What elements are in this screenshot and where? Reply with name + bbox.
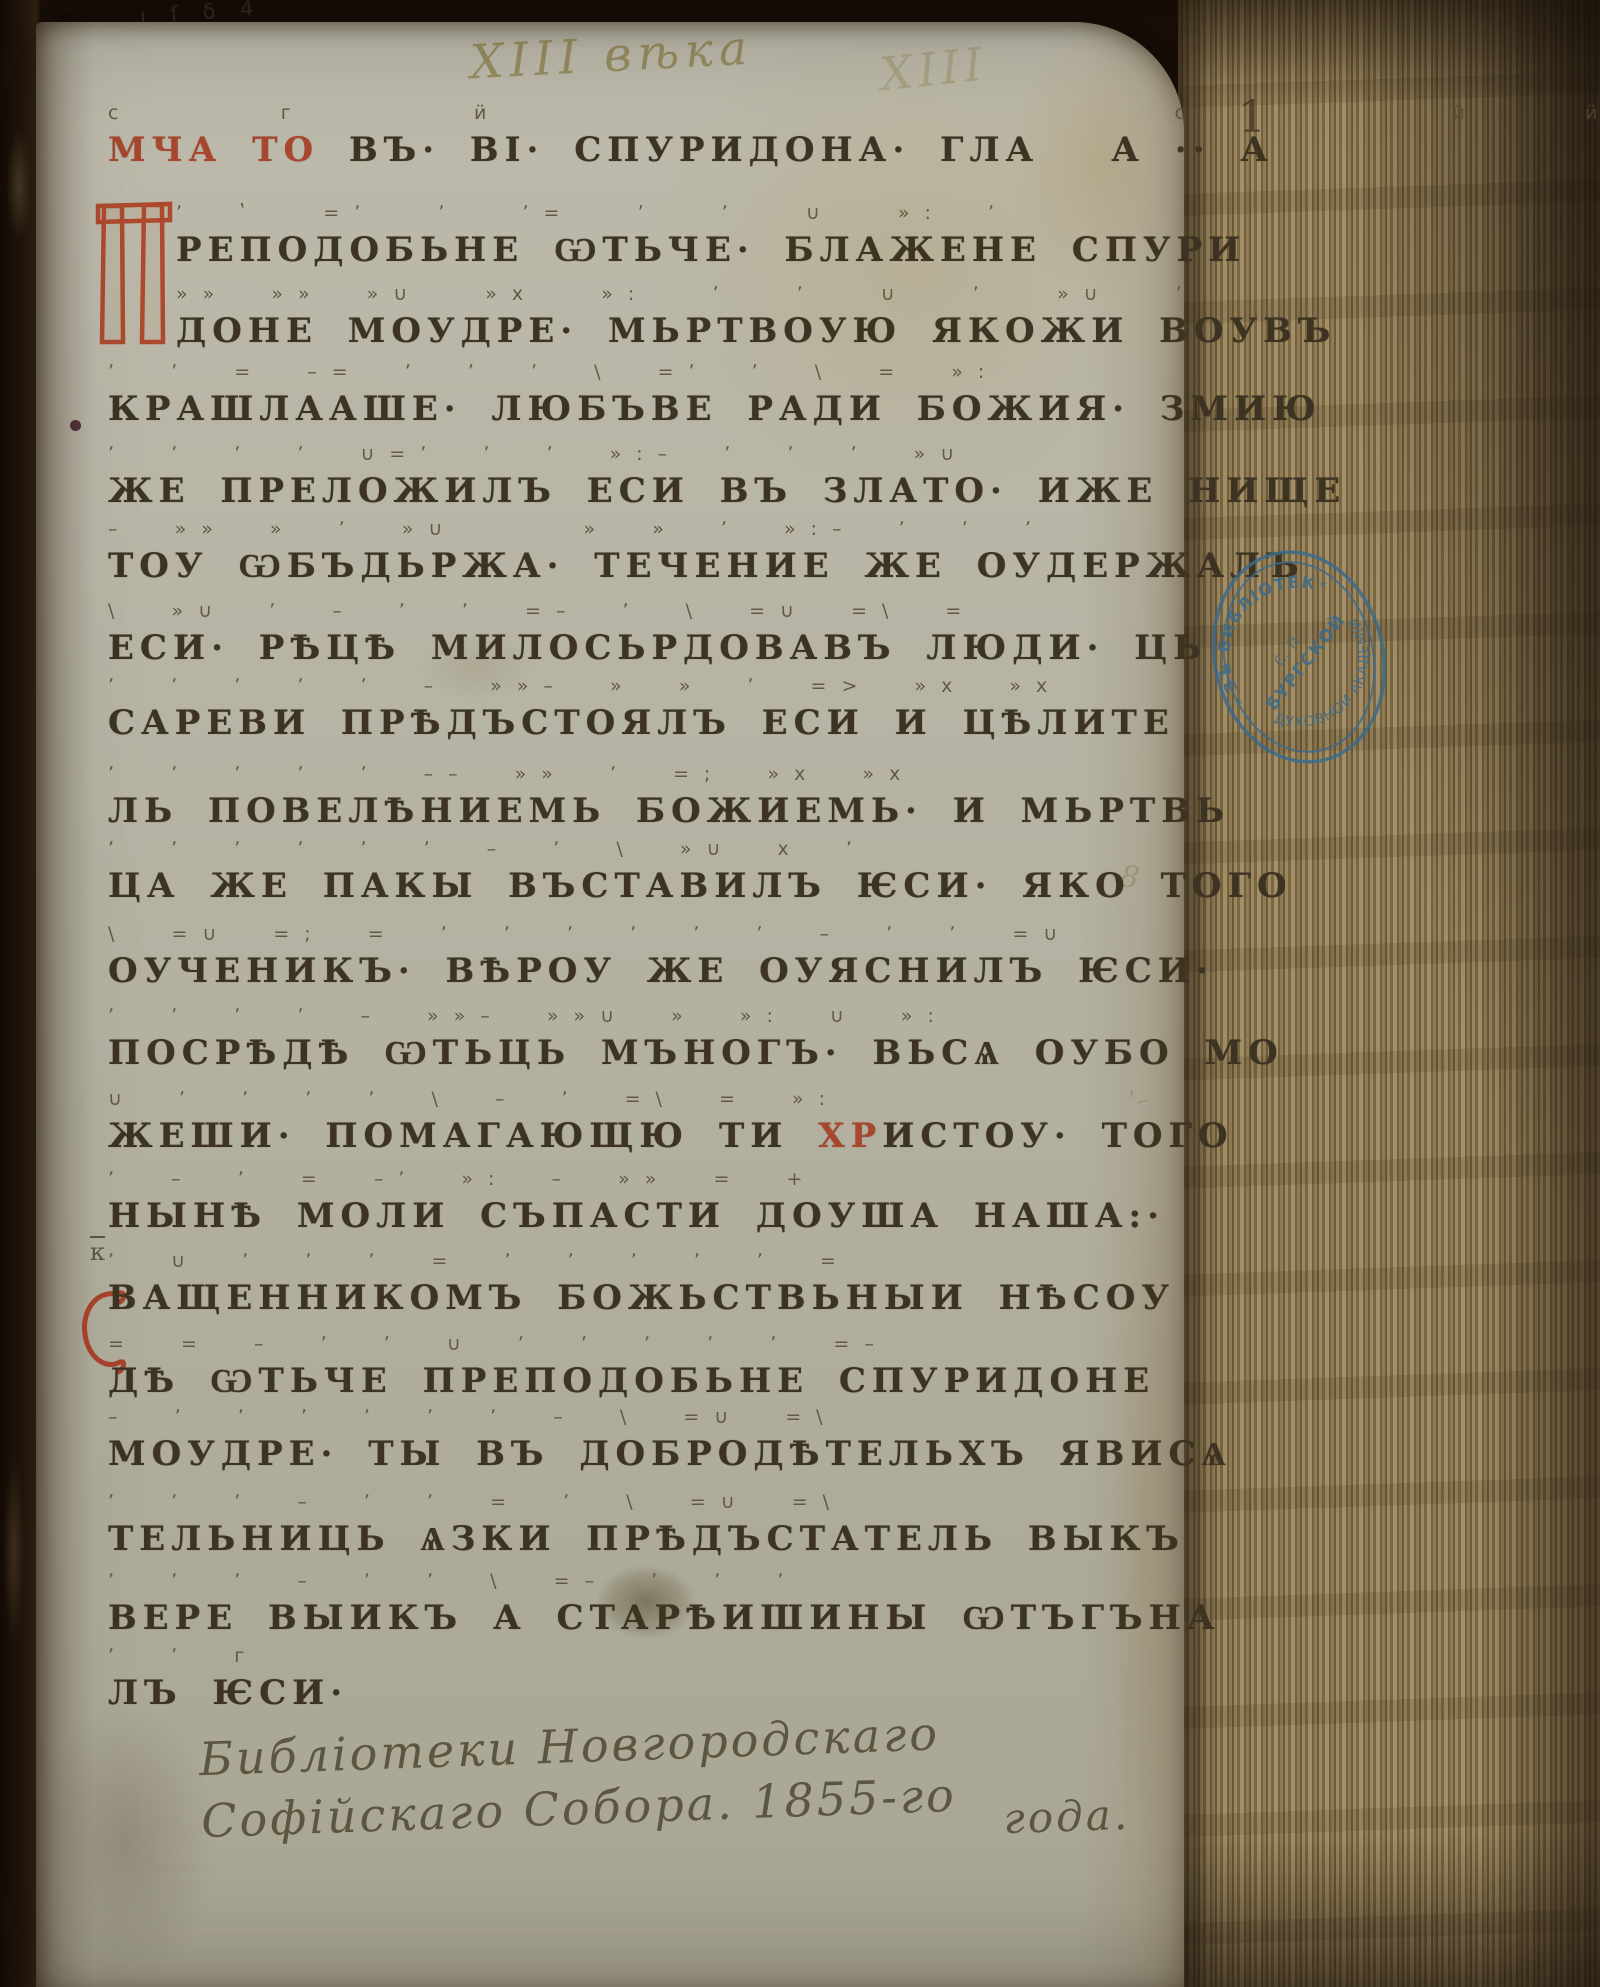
neume-row: »» »» »∪ »x »: ʼ ʼ ∪ ʼ »∪ ʼ <box>176 281 1170 308</box>
century-pencil-note-faint: XIII <box>877 37 989 102</box>
text-line: с г ӥ с ӥ ӥ МЧА ТО ВЪ· ВІ· СПУРИДОНА· ГЛ… <box>108 100 1170 173</box>
text-line: – »» » ʼ »∪ » » ʼ »:– ʼ ʼ ʼ ТОУ ѠБЪДЬРЖА… <box>108 516 1170 589</box>
line-text: КРАШЛААШЕ· ЛЮБЪВЕ РАДИ БОЖИЯ· ЗМИЮ <box>108 389 1322 429</box>
line-text: НЫНѢ МОЛИ СЪПАСТИ ДОУША НАША:· <box>108 1196 1165 1236</box>
inscription-tail: года. <box>1002 1784 1131 1850</box>
line-text: ПОСРѢДѢ ѠТЬЦЬ МЪНОГЪ· ВЬСѦ ОУБО МО <box>108 1033 1284 1073</box>
line-text: ТЕЛЬНИЦЬ ѦЗКИ ПРѢДЪСТАТЕЛЬ ВЫКЪ <box>108 1519 1185 1559</box>
text-line: ∪ ʼ ʼ ʼ ʼ \ – ʼ =\ = »: ЖЕШИ· ПОМАГАЮЩЮ … <box>108 1086 1170 1159</box>
line-text: ВЪ· ВІ· СПУРИДОНА· ГЛА <box>349 130 1039 170</box>
neume-row: = = – ʼ ʼ ∪ ʼ ʼ ʼ ʼ ʼ =– <box>108 1331 1170 1358</box>
line-text: ДОНЕ МОУДРЕ· МЬРТВОУЮ ЯКОЖИ ВОУВЪ <box>176 311 1336 351</box>
spine-highlight <box>0 1420 28 1680</box>
text-line: ʼ ʼ ʼ ʼ ∪=ʼ ʼ ʼ »:– ʼ ʼ ʼ »∪ ЖЕ ПРЕЛОЖИЛ… <box>108 441 1170 514</box>
ornamental-initial-p <box>92 196 174 346</box>
text-line: \ =∪ =; = ʼ ʼ ʼ ʼ ʼ ʼ – ʼ ʼ =∪ ОУЧЕНИКЪ·… <box>108 921 1170 994</box>
line-text: ТОУ ѠБЪДЬРЖА· ТЕЧЕНИЕ ЖЕ ОУДЕРЖАЛЪ <box>108 546 1305 586</box>
text-line: »» »» »∪ »x »: ʼ ʼ ∪ ʼ »∪ ʼ ДОНЕ МОУДРЕ·… <box>176 281 1170 354</box>
rubric-text: ХР <box>818 1116 882 1156</box>
neume-row: с г ӥ с ӥ ӥ <box>108 100 1170 127</box>
margin-bullet <box>70 420 81 431</box>
neume-row: ʼ ʼ = –= ʼ ʼ ʼ \ =ʼ ʼ \ = »: <box>108 359 1170 386</box>
line-text: ЛЬ ПОВЕЛѢНИЕМЬ БОЖИЕМЬ· И МЬРТВЬ <box>108 791 1230 831</box>
library-stamp: ИЗЪ БИБЛІОТЕКИ ДУХОВНОЙ АКАДЕМІИ * * С. … <box>1196 534 1402 780</box>
neume-row: – »» » ʼ »∪ » » ʼ »:– ʼ ʼ ʼ <box>108 516 1170 543</box>
neume-row: ∪ ʼ ʼ ʼ ʼ \ – ʼ =\ = »: <box>108 1086 1170 1113</box>
neume-row: ʼ – ʼ = –ʼ »: – »» = + <box>108 1166 1170 1193</box>
text-line: \ »∪ ʼ – ʼ ʼ =– ʼ \ =∪ =\ = ЕСИ· РѢЦѢ МИ… <box>108 598 1170 671</box>
line-text: САРЕВИ ПРѢДЪСТОЯЛЪ ЕСИ И ЦѢЛИТЕ <box>108 703 1175 743</box>
text-line: ʼ ʼ ʼ ʼ ʼ – »»– » » ʼ => »x »x САРЕВИ ПР… <box>108 673 1170 746</box>
text-line: ʼ ʼ ʼ – ʼ ʼ = ʼ \ =∪ =\ ТЕЛЬНИЦЬ ѦЗКИ ПР… <box>108 1489 1170 1562</box>
line-text: ЕСИ· РѢЦѢ МИЛОСЬРДОВАВЪ ЛЮДИ· ЦЬ <box>108 628 1207 668</box>
line-text: РЕПОДОБЬНЕ ѠТЬЧЕ· БЛАЖЕНЕ СПУРИ <box>176 230 1246 270</box>
spine-highlight <box>2 110 36 260</box>
line-text: ЖЕШИ· ПОМАГАЮЩЮ ТИ <box>108 1116 818 1156</box>
line-text: ЦА ЖЕ ПАКЫ ВЪСТАВИЛЪ ѤСИ· ЯКО ТОГО <box>108 866 1293 906</box>
stamp-star: * <box>1232 694 1251 711</box>
line-text: МОУДРЕ· ТЫ ВЪ ДОБРОДѢТЕЛЬХЪ ЯВИСѦ <box>108 1434 1232 1474</box>
text-line: = = – ʼ ʼ ∪ ʼ ʼ ʼ ʼ ʼ =– ДѢ ѠТЬЧЕ ПРЕПОД… <box>108 1331 1170 1404</box>
neume-row: ʼ ʼ ʼ – ʼ ʼ = ʼ \ =∪ =\ <box>108 1489 1170 1516</box>
text-line: ʼ ∪ ʼ ʼ ʼ = ʼ ʼ ʼ ʼ ʼ = ВАЩЕННИКОМЪ БОЖЬ… <box>108 1248 1170 1321</box>
margin-letter: к <box>90 1238 105 1266</box>
neume-row: ʼ ʼ ʼ ʼ ʼ ʼ – ʼ \ »∪ x ʼ <box>108 836 1170 863</box>
manuscript-photo: ı ſ δ 4 XIII вѣка XIII 1 к 8 ʼ– с г ӥ с <box>0 0 1600 1987</box>
book-spine <box>0 0 40 1987</box>
line-text: ИСТОУ· ТОГО <box>882 1116 1233 1156</box>
text-line: ʼ ʽ =ʼ ʼ ʼ= ʼ ʼ ∪ »: ʼ РЕПОДОБЬНЕ ѠТЬЧЕ·… <box>176 200 1170 273</box>
neume-row: \ »∪ ʼ – ʼ ʼ =– ʼ \ =∪ =\ = <box>108 598 1170 625</box>
gloss-letters: А ·· А <box>1111 130 1274 170</box>
text-line: ʼ ʼ ʼ – ʼ ʼ \ =– ʼ ʼ ʼ ВЕРЕ ВЫИКЪ А СТАР… <box>108 1568 1170 1641</box>
line-text: ДѢ ѠТЬЧЕ ПРЕПОДОБЬНЕ СПУРИДОНЕ <box>108 1361 1155 1401</box>
line-text: ЖЕ ПРЕЛОЖИЛЪ ЕСИ ВЪ ЗЛАТО· ИЖЕ НИЩЕ <box>108 471 1346 511</box>
neume-row: ʼ ʼ ʼ ʼ ʼ – »»– » » ʼ => »x »x <box>108 673 1170 700</box>
neume-row: ʼ ʼ г <box>108 1643 1170 1670</box>
neume-row: ʼ ʼ ʼ ʼ ∪=ʼ ʼ ʼ »:– ʼ ʼ ʼ »∪ <box>108 441 1170 468</box>
line-text: ЛЪ ѤСИ· <box>108 1673 348 1713</box>
text-line: ʼ ʼ ʼ ʼ ʼ –– »» ʼ =; »x »x ЛЬ ПОВЕЛѢНИЕМ… <box>108 761 1170 834</box>
neume-row: ʼ ʼ ʼ ʼ ʼ –– »» ʼ =; »x »x <box>108 761 1170 788</box>
line-text: ВЕРЕ ВЫИКЪ А СТАРѢИШИНЫ ѠТЪГЪНА <box>108 1598 1220 1638</box>
text-line: ʼ – ʼ = –ʼ »: – »» = + НЫНѢ МОЛИ СЪПАСТИ… <box>108 1166 1170 1239</box>
line-text: ОУЧЕНИКЪ· ВѢРОУ ЖЕ ОУЯСНИЛЪ ѤСИ· <box>108 951 1214 991</box>
neume-row: ʼ ʼ ʼ – ʼ ʼ \ =– ʼ ʼ ʼ <box>108 1568 1170 1595</box>
text-line: ʼ ʼ ʼ ʼ – »»– »»∪ » »: ∪ »: ПОСРѢДѢ ѠТЬЦ… <box>108 1003 1170 1076</box>
neume-row: – ʼ ʼ ʼ ʼ ʼ ʼ – \ =∪ =\ <box>108 1404 1170 1431</box>
text-line: – ʼ ʼ ʼ ʼ ʼ ʼ – \ =∪ =\ МОУДРЕ· ТЫ ВЪ ДО… <box>108 1404 1170 1477</box>
neume-row: ʼ ʼ ʼ ʼ – »»– »»∪ » »: ∪ »: <box>108 1003 1170 1030</box>
text-line: ʼ ʼ = –= ʼ ʼ ʼ \ =ʼ ʼ \ = »: КРАШЛААШЕ· … <box>108 359 1170 432</box>
rubric-text: МЧА ТО <box>108 130 349 170</box>
line-text: ВАЩЕННИКОМЪ БОЖЬСТВЬНЫИ НѢСОУ <box>108 1278 1175 1318</box>
neume-row: \ =∪ =; = ʼ ʼ ʼ ʼ ʼ ʼ – ʼ ʼ =∪ <box>108 921 1170 948</box>
text-line: ʼ ʼ ʼ ʼ ʼ ʼ – ʼ \ »∪ x ʼ ЦА ЖЕ ПАКЫ ВЪСТ… <box>108 836 1170 909</box>
book-fore-edge-pages <box>1178 0 1600 1987</box>
stamp-star: * <box>1316 577 1335 594</box>
neume-row: ʼ ∪ ʼ ʼ ʼ = ʼ ʼ ʼ ʼ ʼ = <box>108 1248 1170 1275</box>
neume-row: ʼ ʽ =ʼ ʼ ʼ= ʼ ʼ ∪ »: ʼ <box>176 200 1170 227</box>
